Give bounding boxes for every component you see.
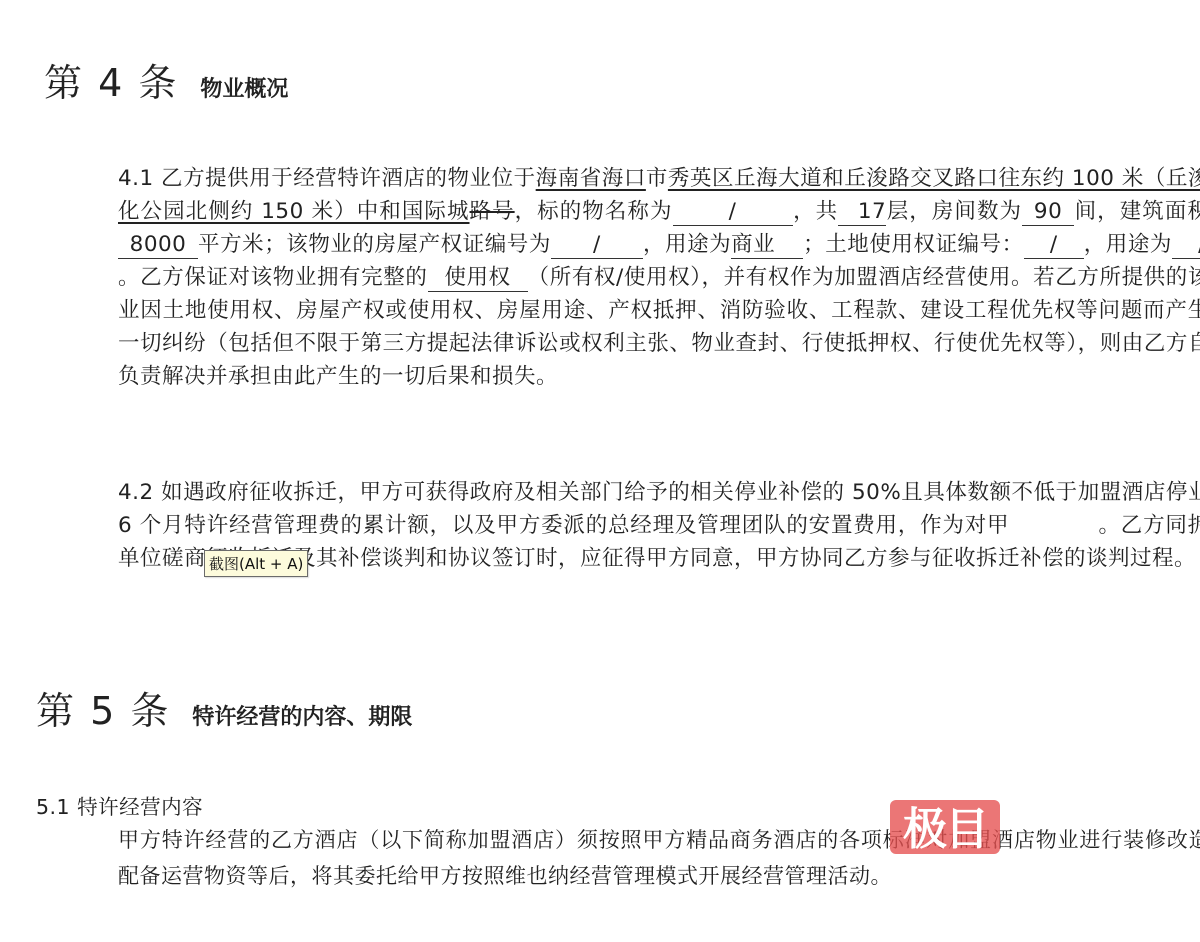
screenshot-tooltip: 截图(Alt + A) <box>204 550 308 577</box>
property-cert-field: / <box>551 232 643 259</box>
label: 层，房间数为 <box>886 199 1022 224</box>
address-struck-text: 路号 <box>470 199 515 224</box>
clause-text: 甲方特许经营的乙方酒店（以下简称加盟酒店）须按照甲方精品商务酒店的各项标准对加盟… <box>118 828 1200 888</box>
clause-5-1: 甲方特许经营的乙方酒店（以下简称加盟酒店）须按照甲方精品商务酒店的各项标准对加盟… <box>36 822 1200 894</box>
label: ，标的物名称为 <box>515 199 673 224</box>
label: ，用途为 <box>643 232 731 257</box>
use-field: 商业 <box>731 232 803 259</box>
label: 。乙方保证对该物业拥有完整的 <box>118 265 428 290</box>
address-province: 海南省海口 <box>536 166 646 191</box>
clause-5-1-heading: 5.1 特许经营内容 <box>36 790 203 820</box>
watermark-logo: 极目 <box>890 800 1000 854</box>
floors-field: 17 <box>838 199 886 226</box>
area-field: 8000 <box>118 232 198 259</box>
address-district: 秀英区 <box>668 166 734 191</box>
clause-4-1: 4.1 乙方提供用于经营特许酒店的物业位于海南省海口市秀英区丘海大道和丘浚路交叉… <box>36 162 1200 393</box>
label: 间，建筑面积为 <box>1074 199 1200 224</box>
label: ，共 <box>793 199 839 224</box>
rooms-field: 90 <box>1022 199 1074 226</box>
property-name-field: / <box>673 199 793 226</box>
article-number: 第 4 条 <box>44 52 178 107</box>
right-type-field: 使用权 <box>428 265 528 292</box>
obscured-text: 方的补偿 <box>1009 513 1098 538</box>
label: ，用途为 <box>1084 232 1172 257</box>
label: 平方米；该物业的房屋产权证编号为 <box>198 232 551 257</box>
article-5-heading: 第 5 条 特许经营的内容、期限 <box>36 680 412 735</box>
article-4-heading: 第 4 条 物业概况 <box>44 52 288 107</box>
document-page: 第 4 条 物业概况 4.1 乙方提供用于经营特许酒店的物业位于海南省海口市秀英… <box>0 0 1200 942</box>
label: ；土地使用权证编号： <box>803 232 1024 257</box>
clause-text: 4.1 乙方提供用于经营特许酒店的物业位于 <box>118 166 536 191</box>
address-city: 市 <box>646 166 668 191</box>
land-cert-field: / <box>1024 232 1084 259</box>
article-number: 第 5 条 <box>36 680 170 735</box>
land-use-field: / <box>1172 232 1200 259</box>
article-title: 特许经营的内容、期限 <box>192 700 412 731</box>
article-title: 物业概况 <box>200 72 288 103</box>
